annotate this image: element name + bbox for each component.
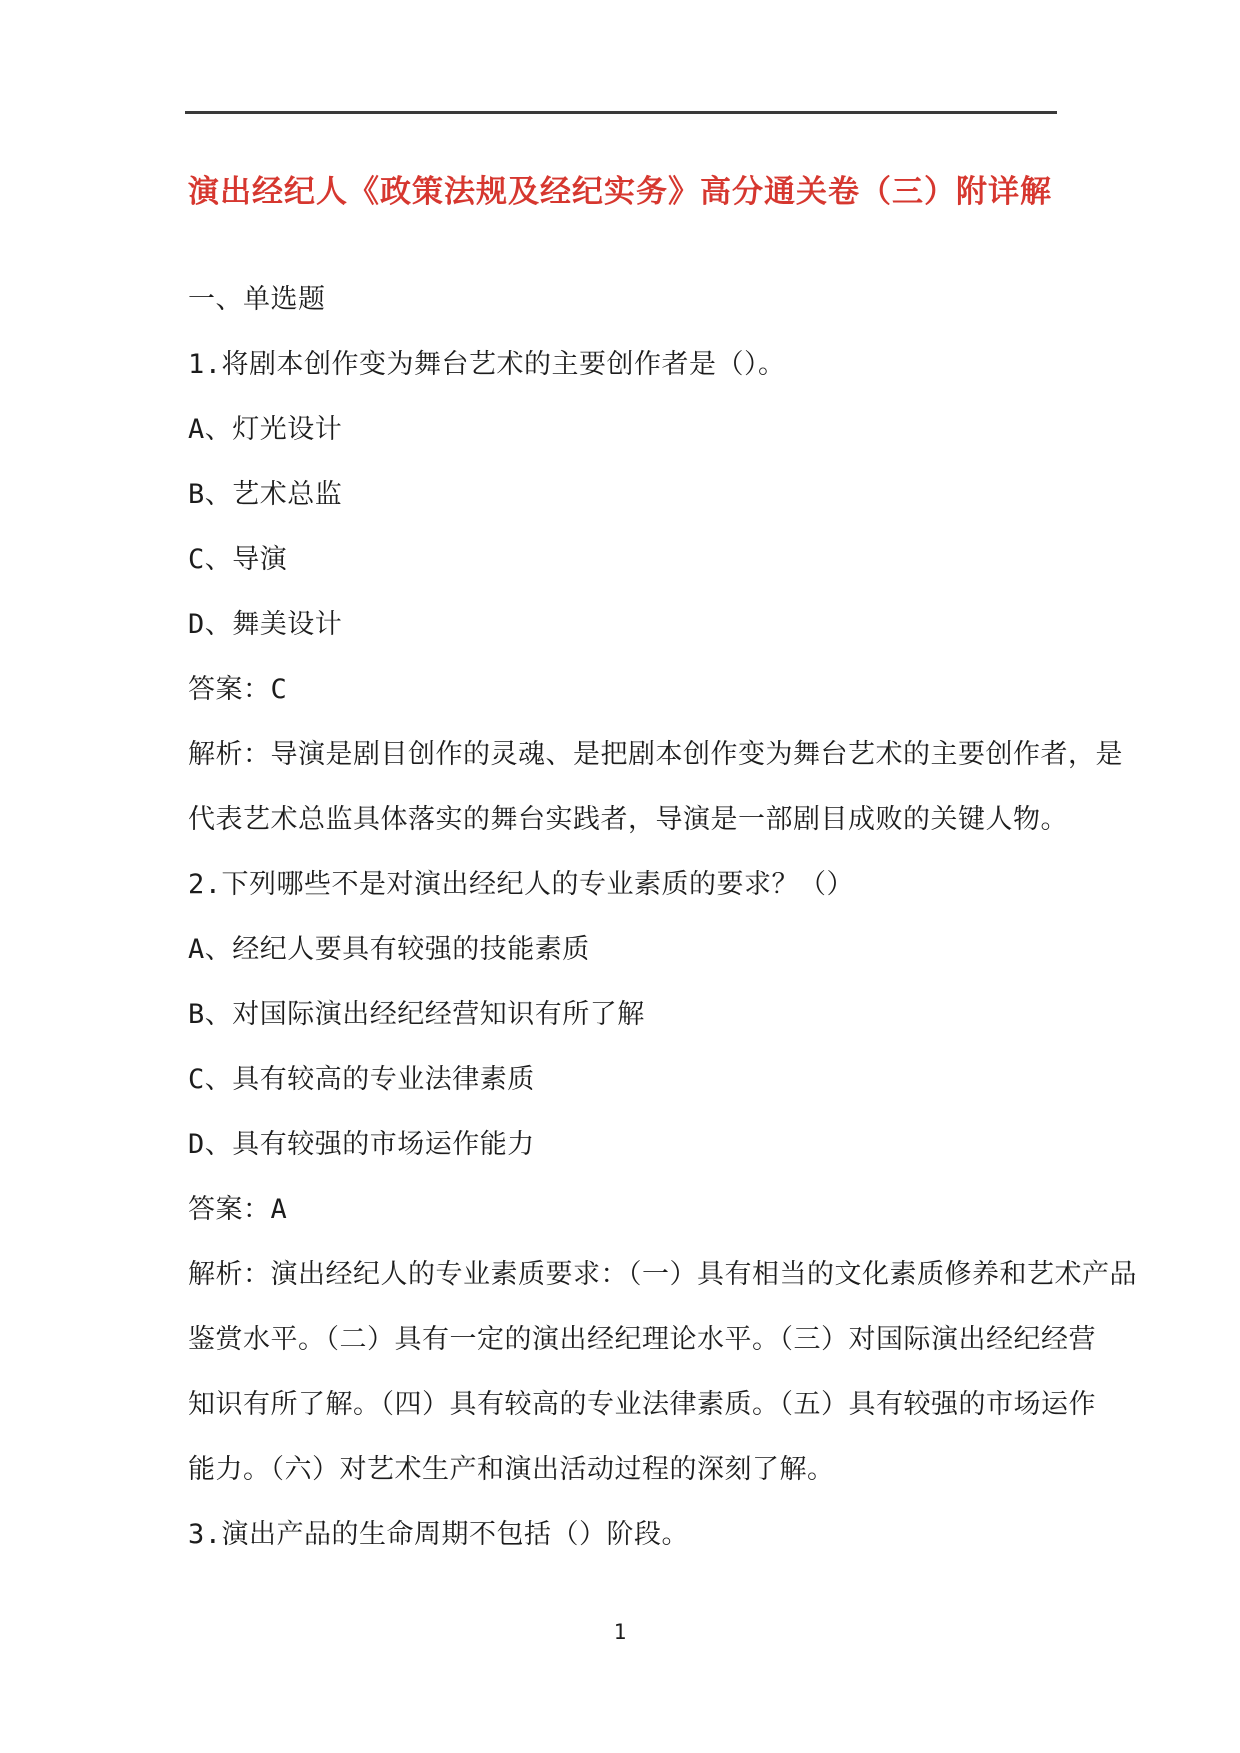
question-2-answer: 答案：A <box>188 1177 1068 1242</box>
question-2-analysis-line-3: 知识有所了解。（四）具有较高的专业法律素质。（五）具有较强的市场运作 <box>188 1372 1068 1437</box>
question-2-option-a: A、经纪人要具有较强的技能素质 <box>188 917 1068 982</box>
question-1-analysis-line-2: 代表艺术总监具体落实的舞台实践者，导演是一部剧目成败的关键人物。 <box>188 787 1068 852</box>
question-1-analysis-line-1: 解析：导演是剧目创作的灵魂、是把剧本创作变为舞台艺术的主要创作者，是 <box>188 722 1068 787</box>
question-1-option-a: A、灯光设计 <box>188 397 1068 462</box>
question-2-option-c: C、具有较高的专业法律素质 <box>188 1047 1068 1112</box>
question-3-stem: 3.演出产品的生命周期不包括（）阶段。 <box>188 1502 1068 1567</box>
document-page: 演出经纪人《政策法规及经纪实务》高分通关卷（三）附详解 一、单选题 1.将剧本创… <box>0 0 1240 1753</box>
question-1-stem: 1.将剧本创作变为舞台艺术的主要创作者是（）。 <box>188 332 1068 397</box>
question-2-option-b: B、对国际演出经纪经营知识有所了解 <box>188 982 1068 1047</box>
question-1-option-c: C、导演 <box>188 527 1068 592</box>
document-body: 一、单选题 1.将剧本创作变为舞台艺术的主要创作者是（）。 A、灯光设计 B、艺… <box>188 267 1068 1567</box>
question-1-answer: 答案：C <box>188 657 1068 722</box>
question-2-option-d: D、具有较强的市场运作能力 <box>188 1112 1068 1177</box>
section-heading: 一、单选题 <box>188 267 1068 332</box>
header-rule <box>185 111 1057 114</box>
page-number: 1 <box>0 1620 1240 1644</box>
question-1-option-b: B、艺术总监 <box>188 462 1068 527</box>
document-title: 演出经纪人《政策法规及经纪实务》高分通关卷（三）附详解 <box>0 166 1240 211</box>
question-2-analysis-line-4: 能力。（六）对艺术生产和演出活动过程的深刻了解。 <box>188 1437 1068 1502</box>
question-2-analysis-line-1: 解析：演出经纪人的专业素质要求：（一）具有相当的文化素质修养和艺术产品 <box>188 1242 1068 1307</box>
question-2-analysis-line-2: 鉴赏水平。（二）具有一定的演出经纪理论水平。（三）对国际演出经纪经营 <box>188 1307 1068 1372</box>
question-1-option-d: D、舞美设计 <box>188 592 1068 657</box>
question-2-stem: 2.下列哪些不是对演出经纪人的专业素质的要求？（） <box>188 852 1068 917</box>
